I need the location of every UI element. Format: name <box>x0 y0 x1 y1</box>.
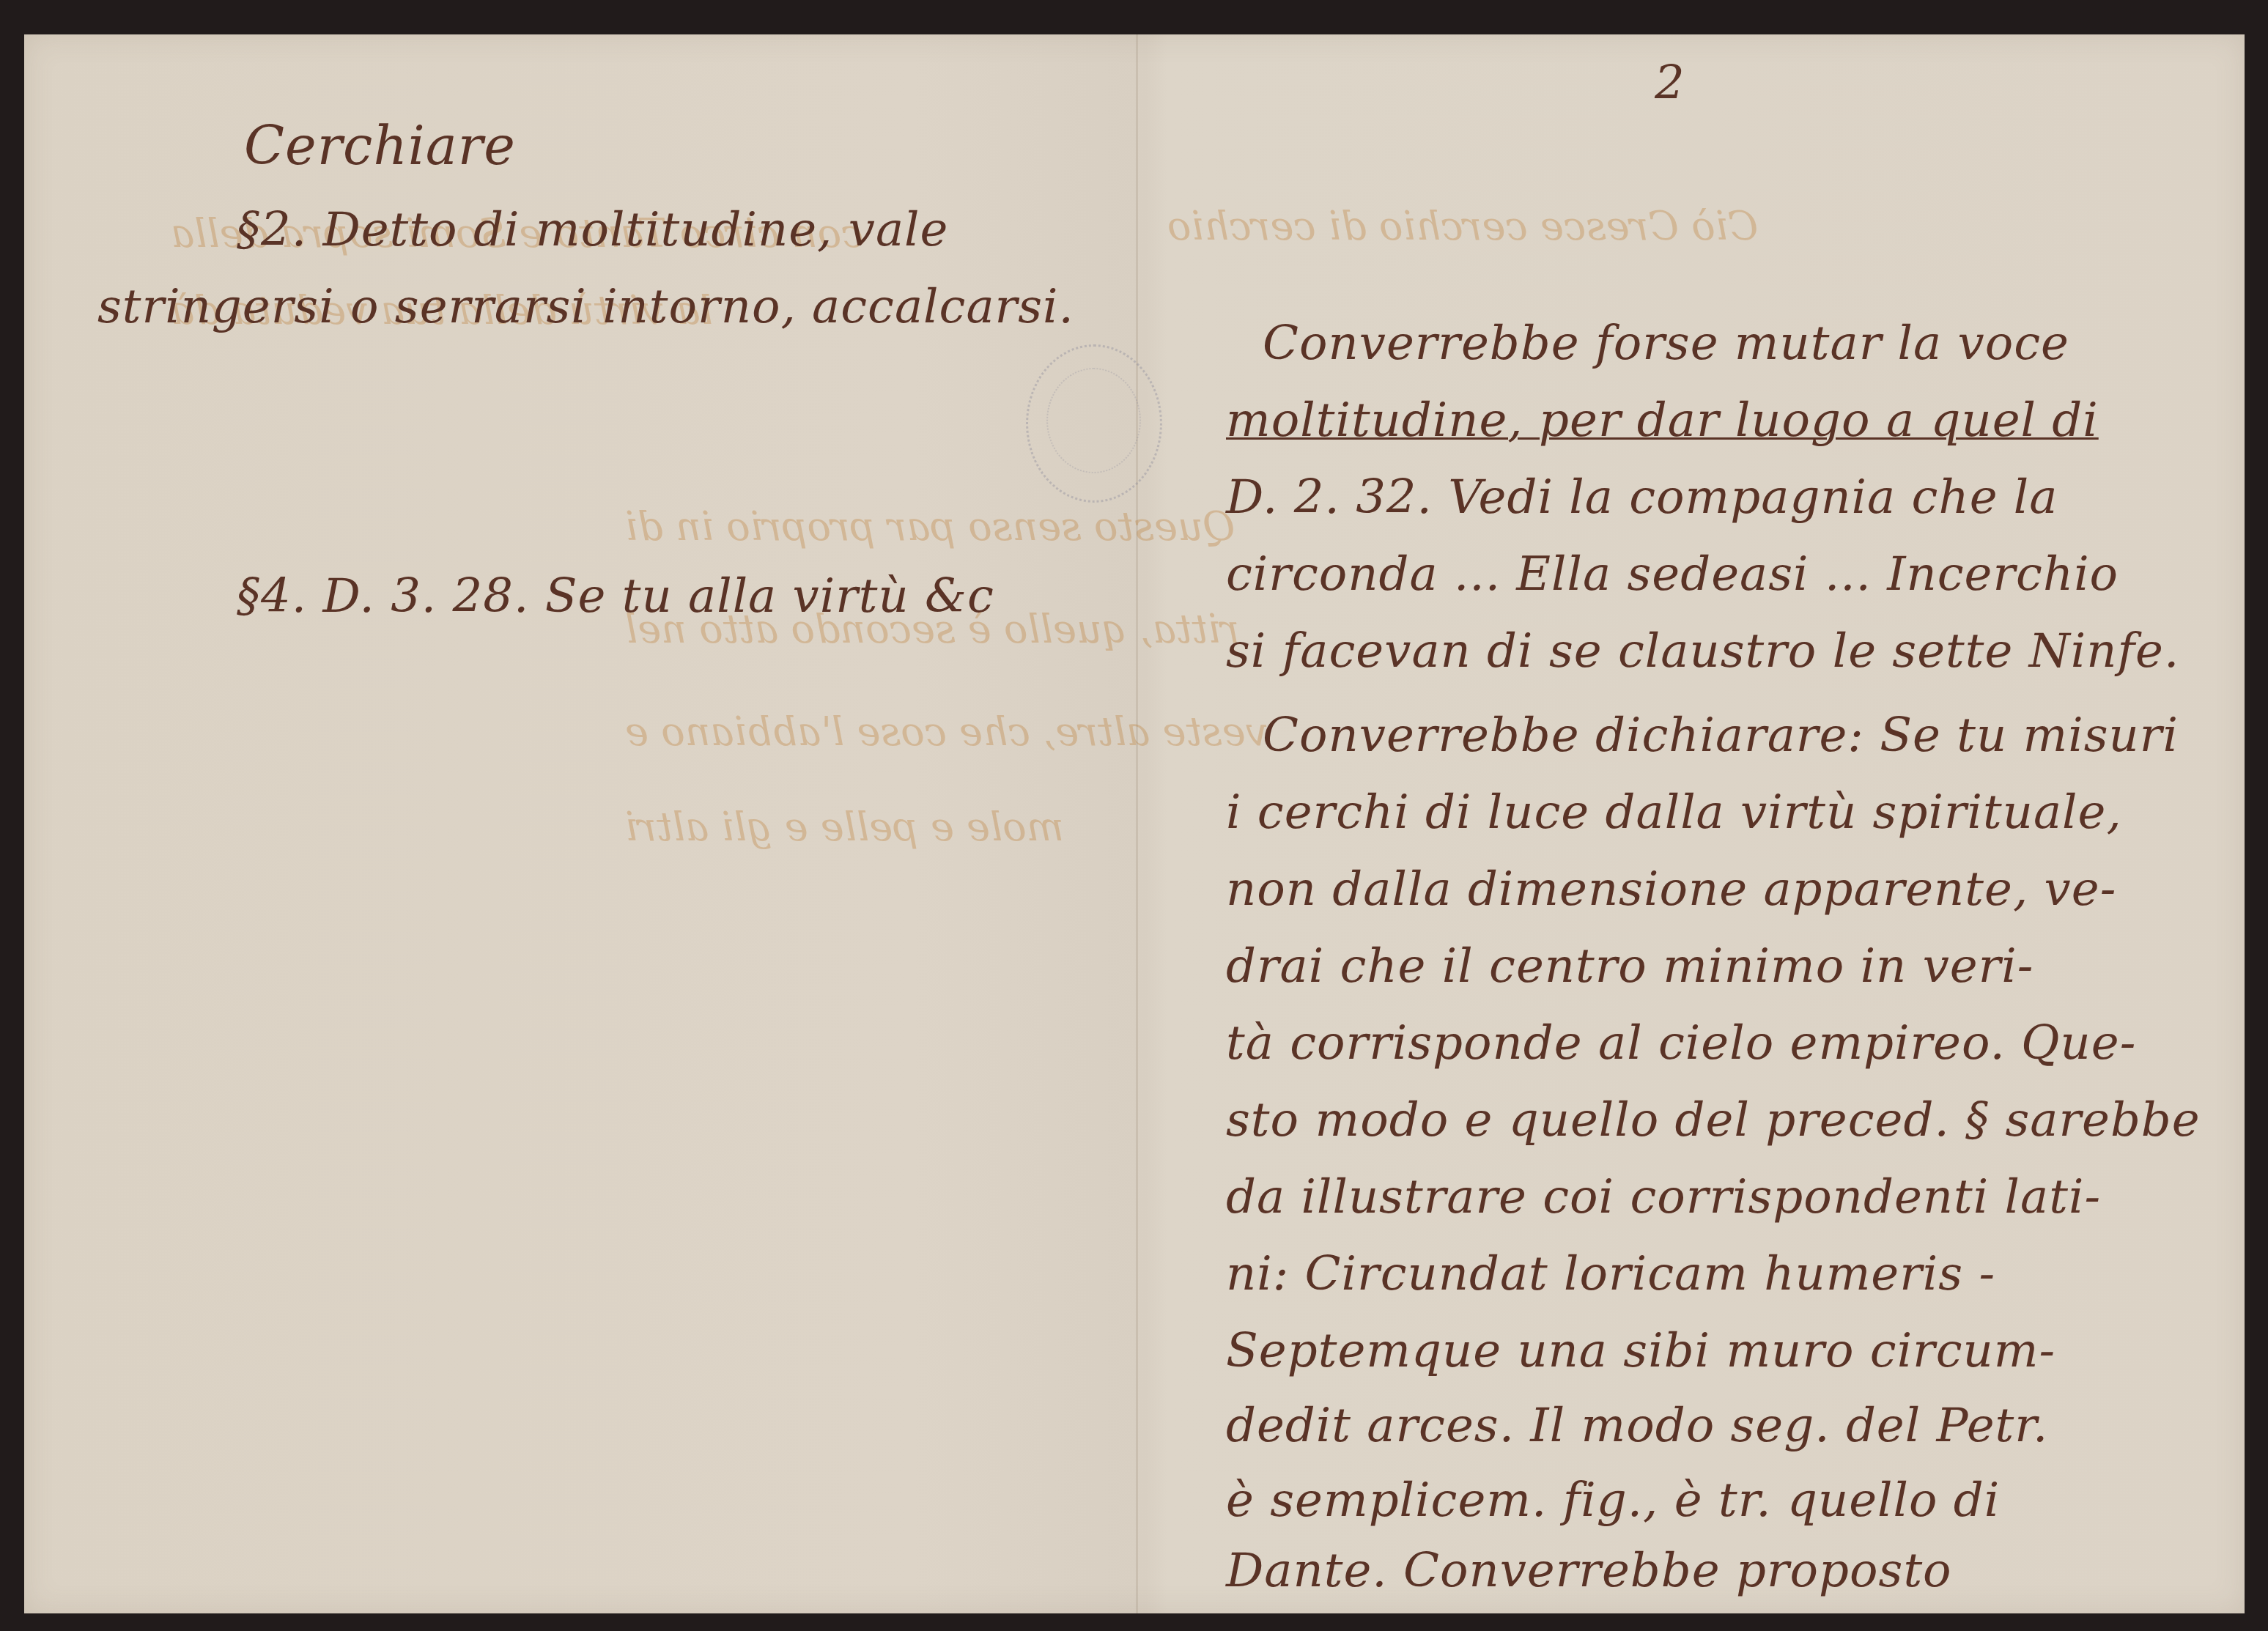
right-line: drai che il centro minimo in veri- <box>1226 939 2034 994</box>
left-line: §2. Detto di moltitudine, vale <box>237 203 948 257</box>
manuscript-page: con circo Tanto e Somi sopra della la vi… <box>24 34 2245 1613</box>
bleed-through-text: mole e pelle e gli altri <box>625 804 1064 850</box>
right-line: Dante. Converrebbe proposto <box>1226 1544 1952 1598</box>
right-line: tà corrisponde al cielo empireo. Que- <box>1226 1016 2136 1070</box>
right-line: è semplicem. fig., è tr. quello di <box>1226 1473 2000 1528</box>
right-line: sto modo e quello del preced. § sarebbe <box>1226 1093 2201 1147</box>
right-line: non dalla dimensione apparente, ve- <box>1226 862 2116 917</box>
right-line: i cerchi di luce dalla virtù spirituale, <box>1226 785 2122 840</box>
right-line: Converrebbe dichiarare: Se tu misuri <box>1263 709 2179 763</box>
center-fold <box>1136 34 1138 1613</box>
right-line: Septemque una sibi muro circum- <box>1226 1324 2055 1378</box>
right-line: moltitudine, per dar luogo a quel di <box>1226 393 2099 448</box>
left-line: stringersi o serrarsi intorno, accalcars… <box>97 280 1074 334</box>
right-line: dedit arces. Il modo seg. del Petr. <box>1226 1399 2048 1453</box>
left-line: §4. D. 3. 28. Se tu alla virtù &c <box>237 569 994 624</box>
entry-heading: Cerchiare <box>244 115 516 177</box>
page-number: 2 <box>1655 56 1685 111</box>
bleed-through-text: Questo senso par proprio in di <box>625 503 1235 550</box>
right-line: ni: Circundat loricam humeris - <box>1226 1247 1995 1301</box>
right-line: circonda ... Ella sedeasi ... Incerchio <box>1226 547 2119 602</box>
bleed-through-text: veste altre, che cose l'abbiano e <box>625 709 1268 755</box>
right-line: D. 2. 32. Vedi la compagnia che la <box>1226 470 2058 525</box>
right-line: da illustrare coi corrispondenti lati- <box>1226 1170 2101 1224</box>
bleed-through-text: Ciò Cresce cerchio di cerchio <box>1167 203 1758 249</box>
right-line: si facevan di se claustro le sette Ninfe… <box>1226 624 2179 678</box>
right-line: Converrebbe forse mutar la voce <box>1263 317 2069 371</box>
library-stamp-inner <box>1046 368 1141 473</box>
